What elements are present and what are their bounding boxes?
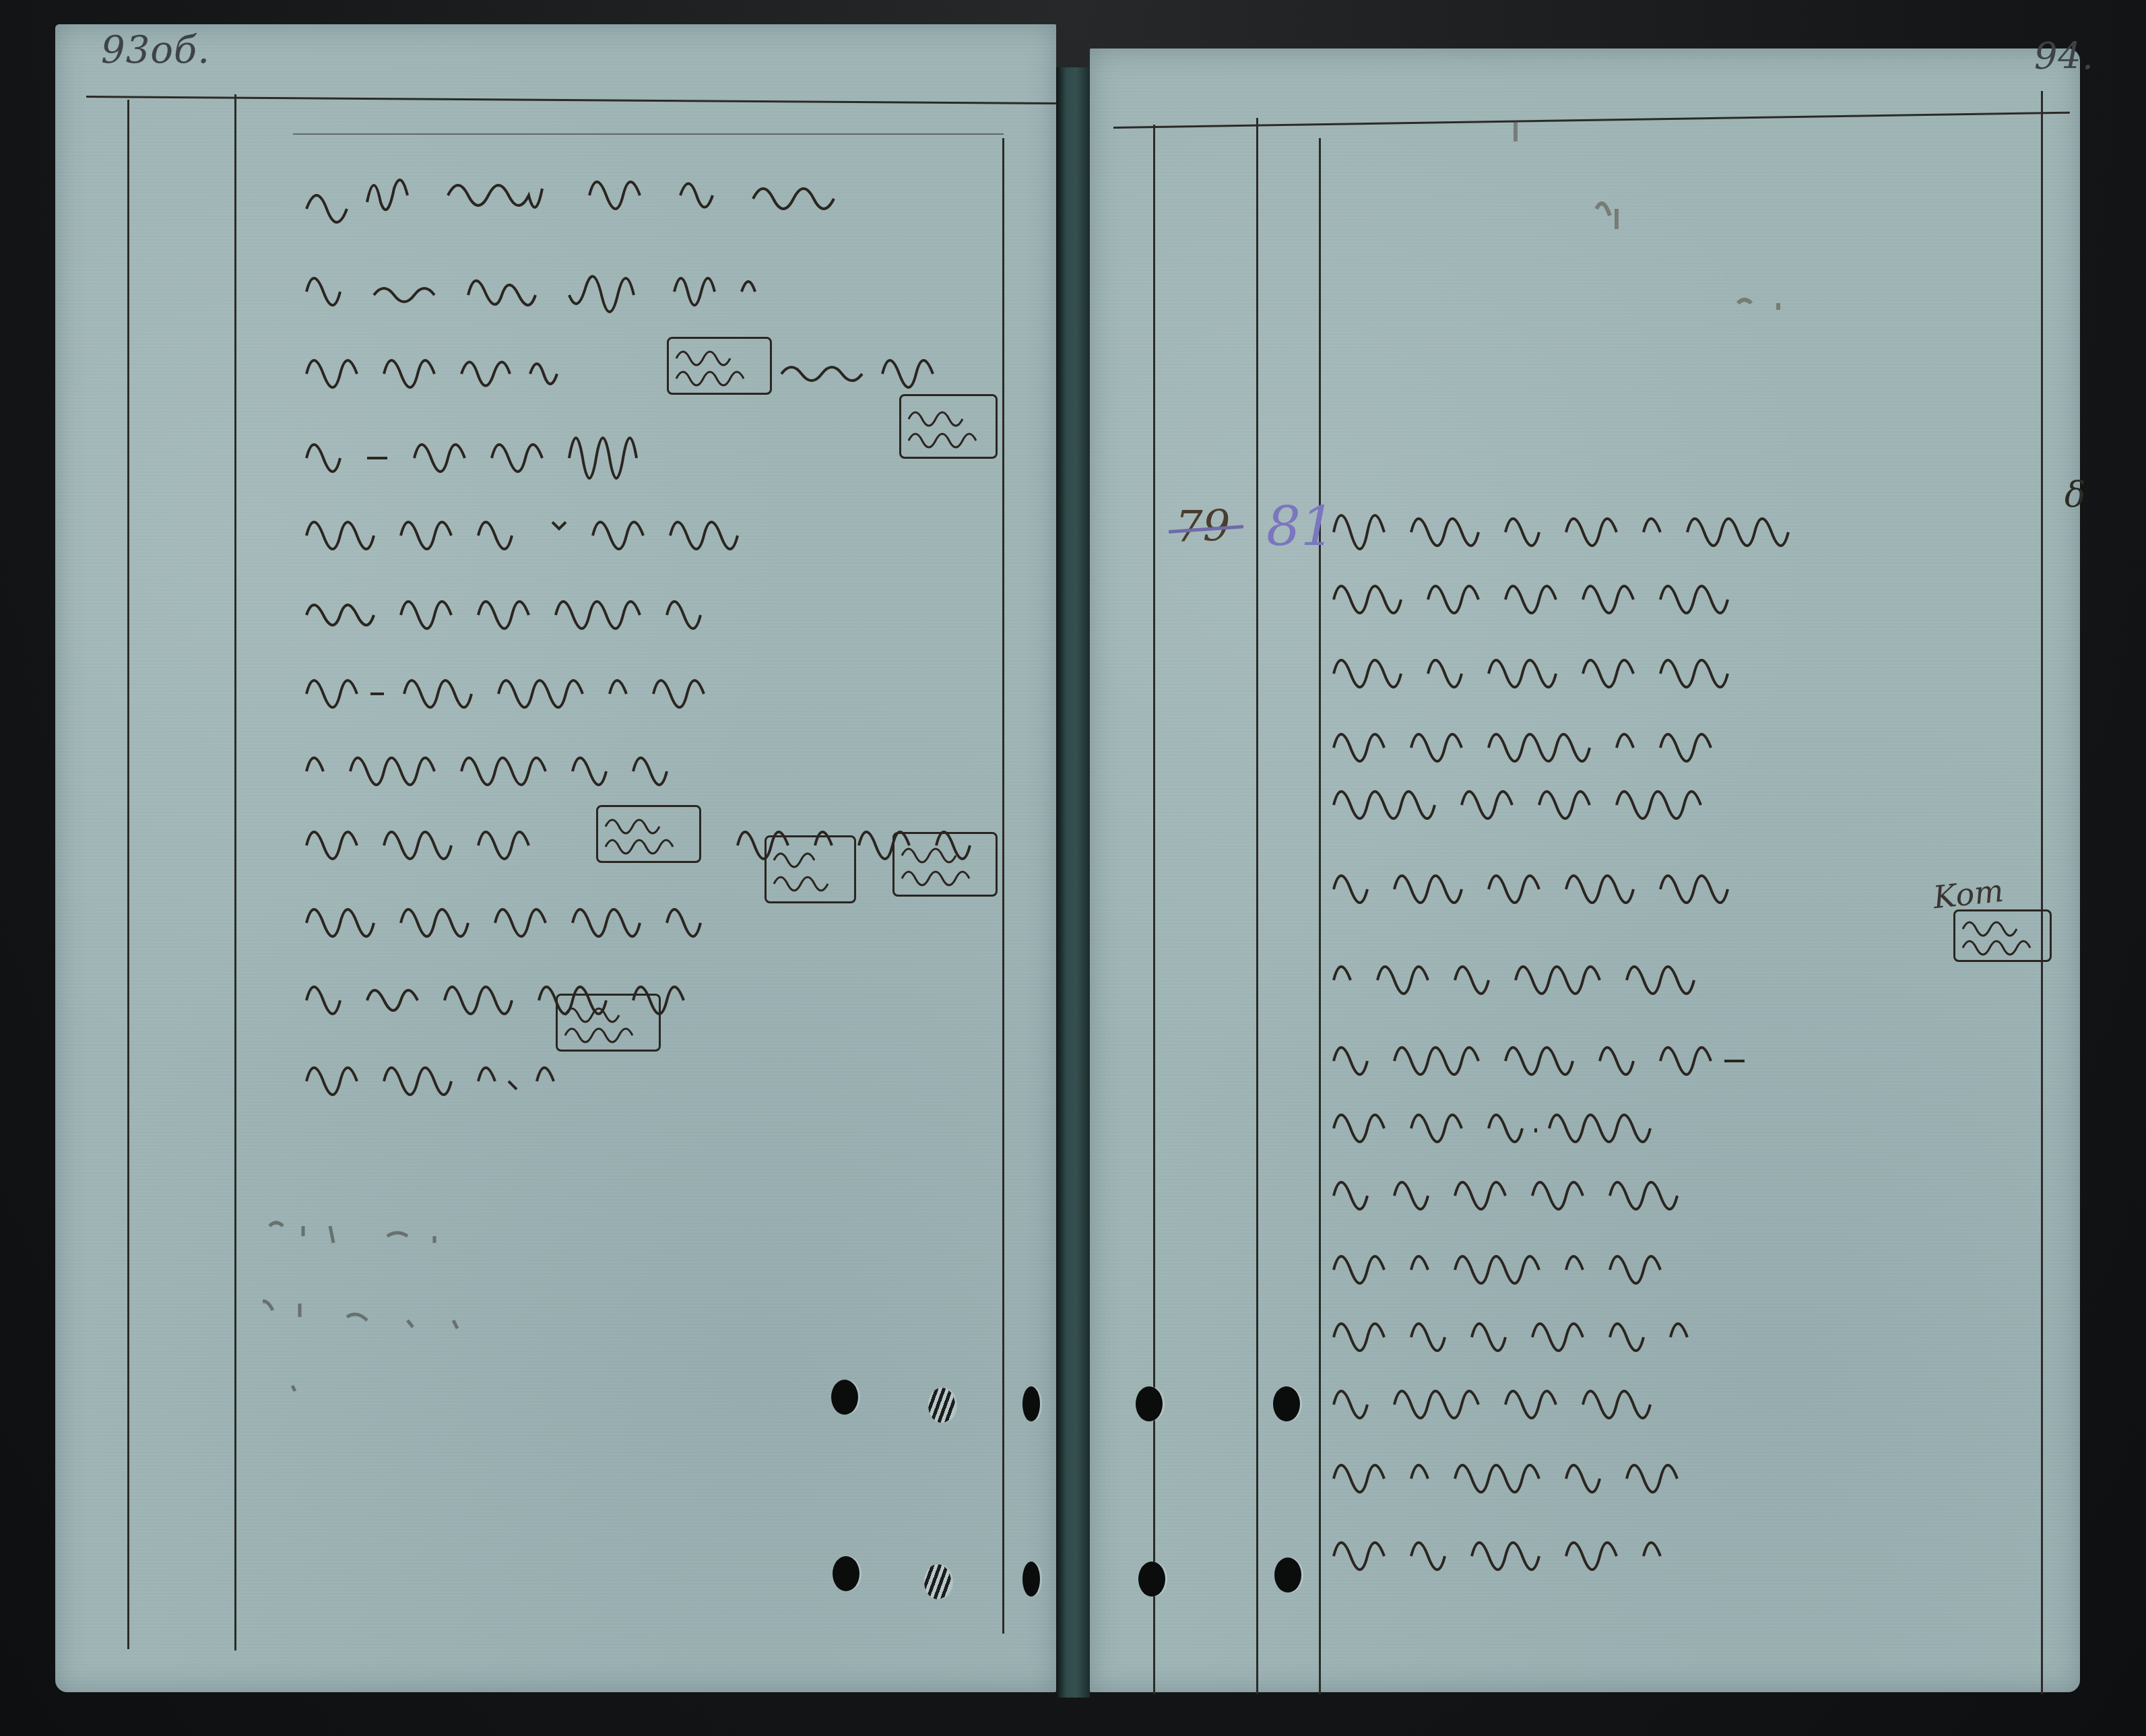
right-text-line xyxy=(1327,637,2034,697)
faded-header-writing xyxy=(1468,108,1805,330)
punch-hole xyxy=(1273,1386,1300,1421)
left-text-line xyxy=(300,578,1000,639)
left-text-line xyxy=(300,421,906,482)
left-column-rule-1 xyxy=(127,100,129,1649)
left-text-line xyxy=(300,499,1000,559)
entry-number-new: 81 xyxy=(1266,495,1335,558)
punch-hole xyxy=(1138,1562,1165,1597)
faded-ink-marks xyxy=(263,1213,532,1415)
entry-number-old-struck: 79 xyxy=(1175,502,1230,552)
right-text-line xyxy=(1327,1233,2034,1293)
handwritten-stamp-box xyxy=(1953,909,2052,962)
left-dotted-rule xyxy=(293,133,1004,135)
right-text-line xyxy=(1327,562,2034,623)
punch-hole xyxy=(1274,1557,1301,1593)
right-text-line xyxy=(1327,943,1933,1004)
punch-hole xyxy=(924,1564,951,1599)
book-gutter xyxy=(1056,67,1090,1698)
right-column-rule-3 xyxy=(1319,138,1321,1694)
handwritten-stamp-box xyxy=(892,832,998,897)
punch-hole xyxy=(1136,1386,1163,1421)
punch-hole xyxy=(1022,1562,1040,1597)
margin-mark: δ xyxy=(2064,475,2085,515)
right-text-line xyxy=(1327,1091,2034,1152)
handwritten-stamp-box xyxy=(765,835,856,903)
left-text-line xyxy=(300,168,1000,229)
right-text-line xyxy=(1327,1024,2034,1085)
left-text-line xyxy=(775,337,1004,397)
right-text-line xyxy=(1327,852,2034,913)
punch-hole xyxy=(833,1556,859,1591)
left-text-line xyxy=(300,734,1000,795)
right-text-line xyxy=(1327,1442,2034,1502)
right-text-line xyxy=(1327,768,2034,829)
right-column-rule-1 xyxy=(1153,125,1155,1694)
left-text-line xyxy=(300,657,1000,717)
handwritten-stamp-box xyxy=(596,805,701,863)
punch-hole xyxy=(831,1380,858,1415)
handwritten-stamp-box xyxy=(556,994,661,1052)
folio-number-right: 94. xyxy=(2034,35,2094,77)
handwritten-stamp-box xyxy=(899,394,998,459)
left-text-line xyxy=(300,808,583,869)
folio-number-left: 93об. xyxy=(101,28,210,72)
right-text-line xyxy=(1327,1159,2034,1219)
left-text-line xyxy=(300,1044,744,1105)
right-text-line xyxy=(1327,1300,2034,1361)
left-column-rule-2 xyxy=(234,94,236,1650)
right-text-line xyxy=(1327,711,2034,771)
right-text-line xyxy=(1327,1519,2034,1580)
right-column-rule-4 xyxy=(2041,91,2043,1694)
left-text-line xyxy=(300,255,1000,315)
left-text-line xyxy=(300,337,677,397)
handwritten-stamp-box xyxy=(667,337,772,395)
punch-hole xyxy=(928,1388,955,1423)
right-text-line xyxy=(1327,1368,2034,1428)
right-column-rule-2 xyxy=(1256,118,1258,1694)
right-text-line xyxy=(1327,495,2034,556)
